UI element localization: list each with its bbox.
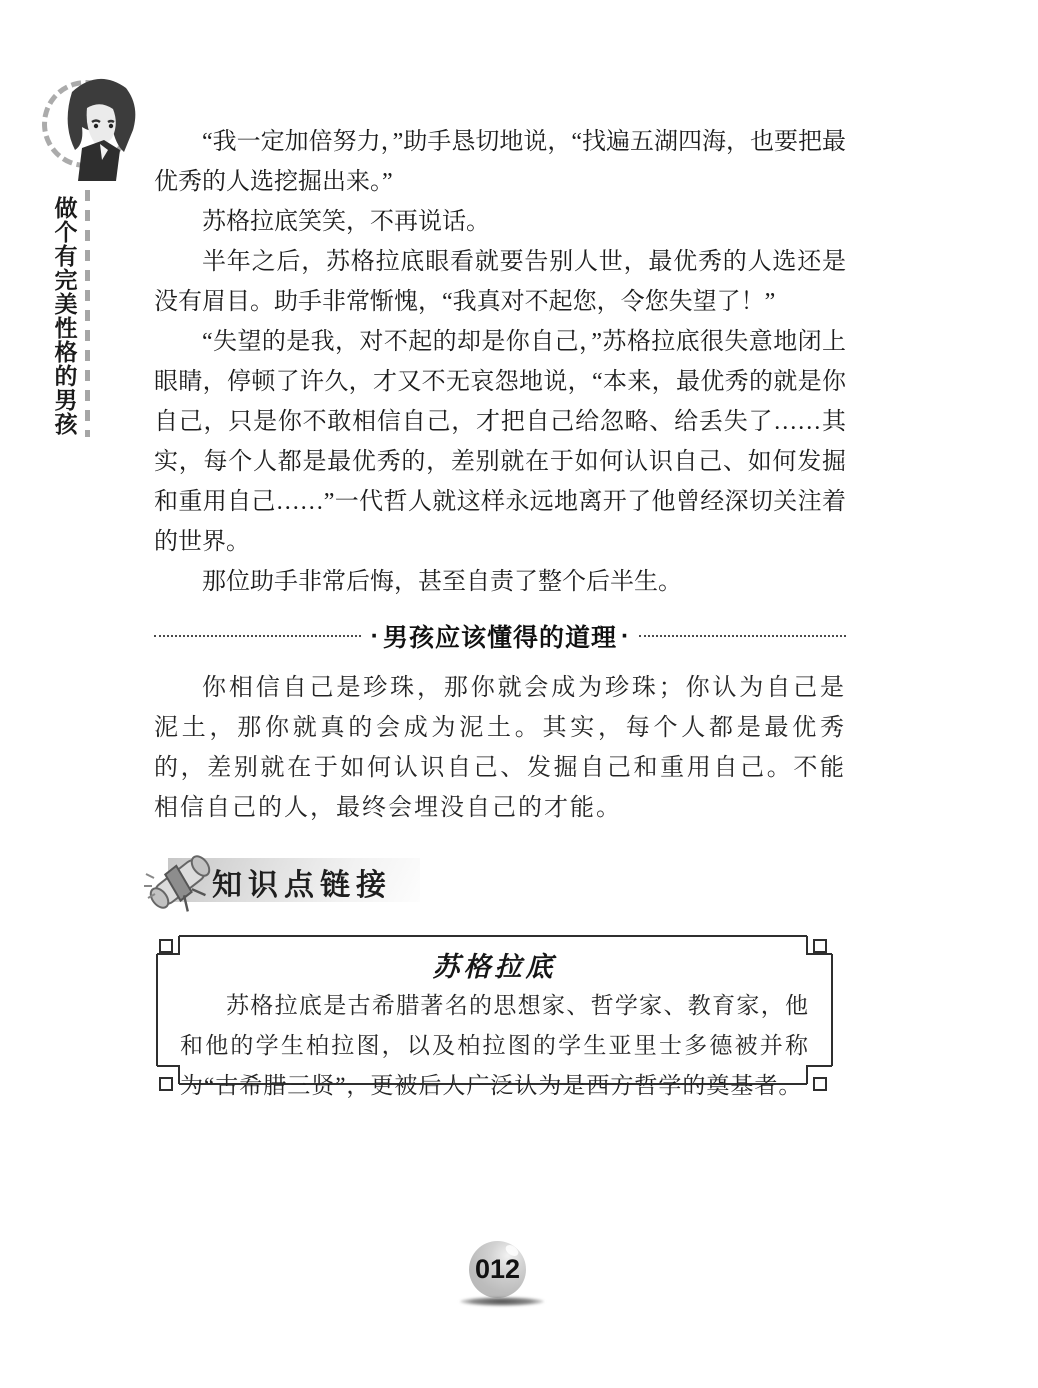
knowledge-link-badge: 知识点链接 — [154, 852, 846, 908]
knowledge-box: 苏格拉底 苏格拉底是古希腊著名的思想家、哲学家、教育家，他和他的学生柏拉图，以及… — [154, 931, 835, 1101]
advice-paragraph: 你相信自己是珍珠，那你就会成为珍珠；你认为自己是泥土，那你就真的会成为泥土。其实… — [154, 668, 846, 828]
story-section: “我一定加倍努力，”助手恳切地说，“找遍五湖四海，也要把最优秀的人选挖掘出来。”… — [154, 122, 846, 602]
knowledge-link-label: 知识点链接 — [212, 860, 392, 904]
story-paragraph: 苏格拉底笑笑，不再说话。 — [154, 202, 846, 242]
main-content: “我一定加倍努力，”助手恳切地说，“找遍五湖四海，也要把最优秀的人选挖掘出来。”… — [154, 122, 846, 1101]
scroll-icon — [140, 844, 222, 916]
divider-dotted-line-right — [639, 635, 846, 637]
section-divider: · 男孩应该懂得的道理 · — [154, 616, 846, 656]
knowledge-box-body: 苏格拉底是古希腊著名的思想家、哲学家、教育家，他和他的学生柏拉图，以及柏拉图的学… — [154, 986, 835, 1106]
story-paragraph: “我一定加倍努力，”助手恳切地说，“找遍五湖四海，也要把最优秀的人选挖掘出来。” — [154, 122, 846, 202]
story-paragraph: “失望的是我，对不起的却是你自己，”苏格拉底很失意地闭上眼睛，停顿了许久，才又不… — [154, 322, 846, 562]
story-paragraph: 那位助手非常后悔，甚至自责了整个后半生。 — [154, 562, 846, 602]
page-number-shadow — [460, 1297, 544, 1306]
divider-bullet-left: · — [367, 622, 383, 651]
boy-avatar — [54, 76, 146, 182]
page-number-badge: 012 — [469, 1241, 526, 1298]
section-divider-title: 男孩应该懂得的道理 — [383, 618, 617, 654]
sidebar-dashed-line — [85, 190, 90, 437]
divider-bullet-right: · — [617, 622, 633, 651]
book-title-vertical: 做个有完美性格的男孩 — [50, 196, 82, 436]
book-page: 做个有完美性格的男孩 “我一定加倍努力，”助手恳切地说，“找遍五湖四海，也要把最… — [0, 0, 1038, 1388]
story-paragraph: 半年之后，苏格拉底眼看就要告别人世，最优秀的人选还是没有眉目。助手非常惭愧，“我… — [154, 242, 846, 322]
divider-dotted-line-left — [154, 635, 361, 637]
knowledge-box-title: 苏格拉底 — [154, 931, 835, 984]
